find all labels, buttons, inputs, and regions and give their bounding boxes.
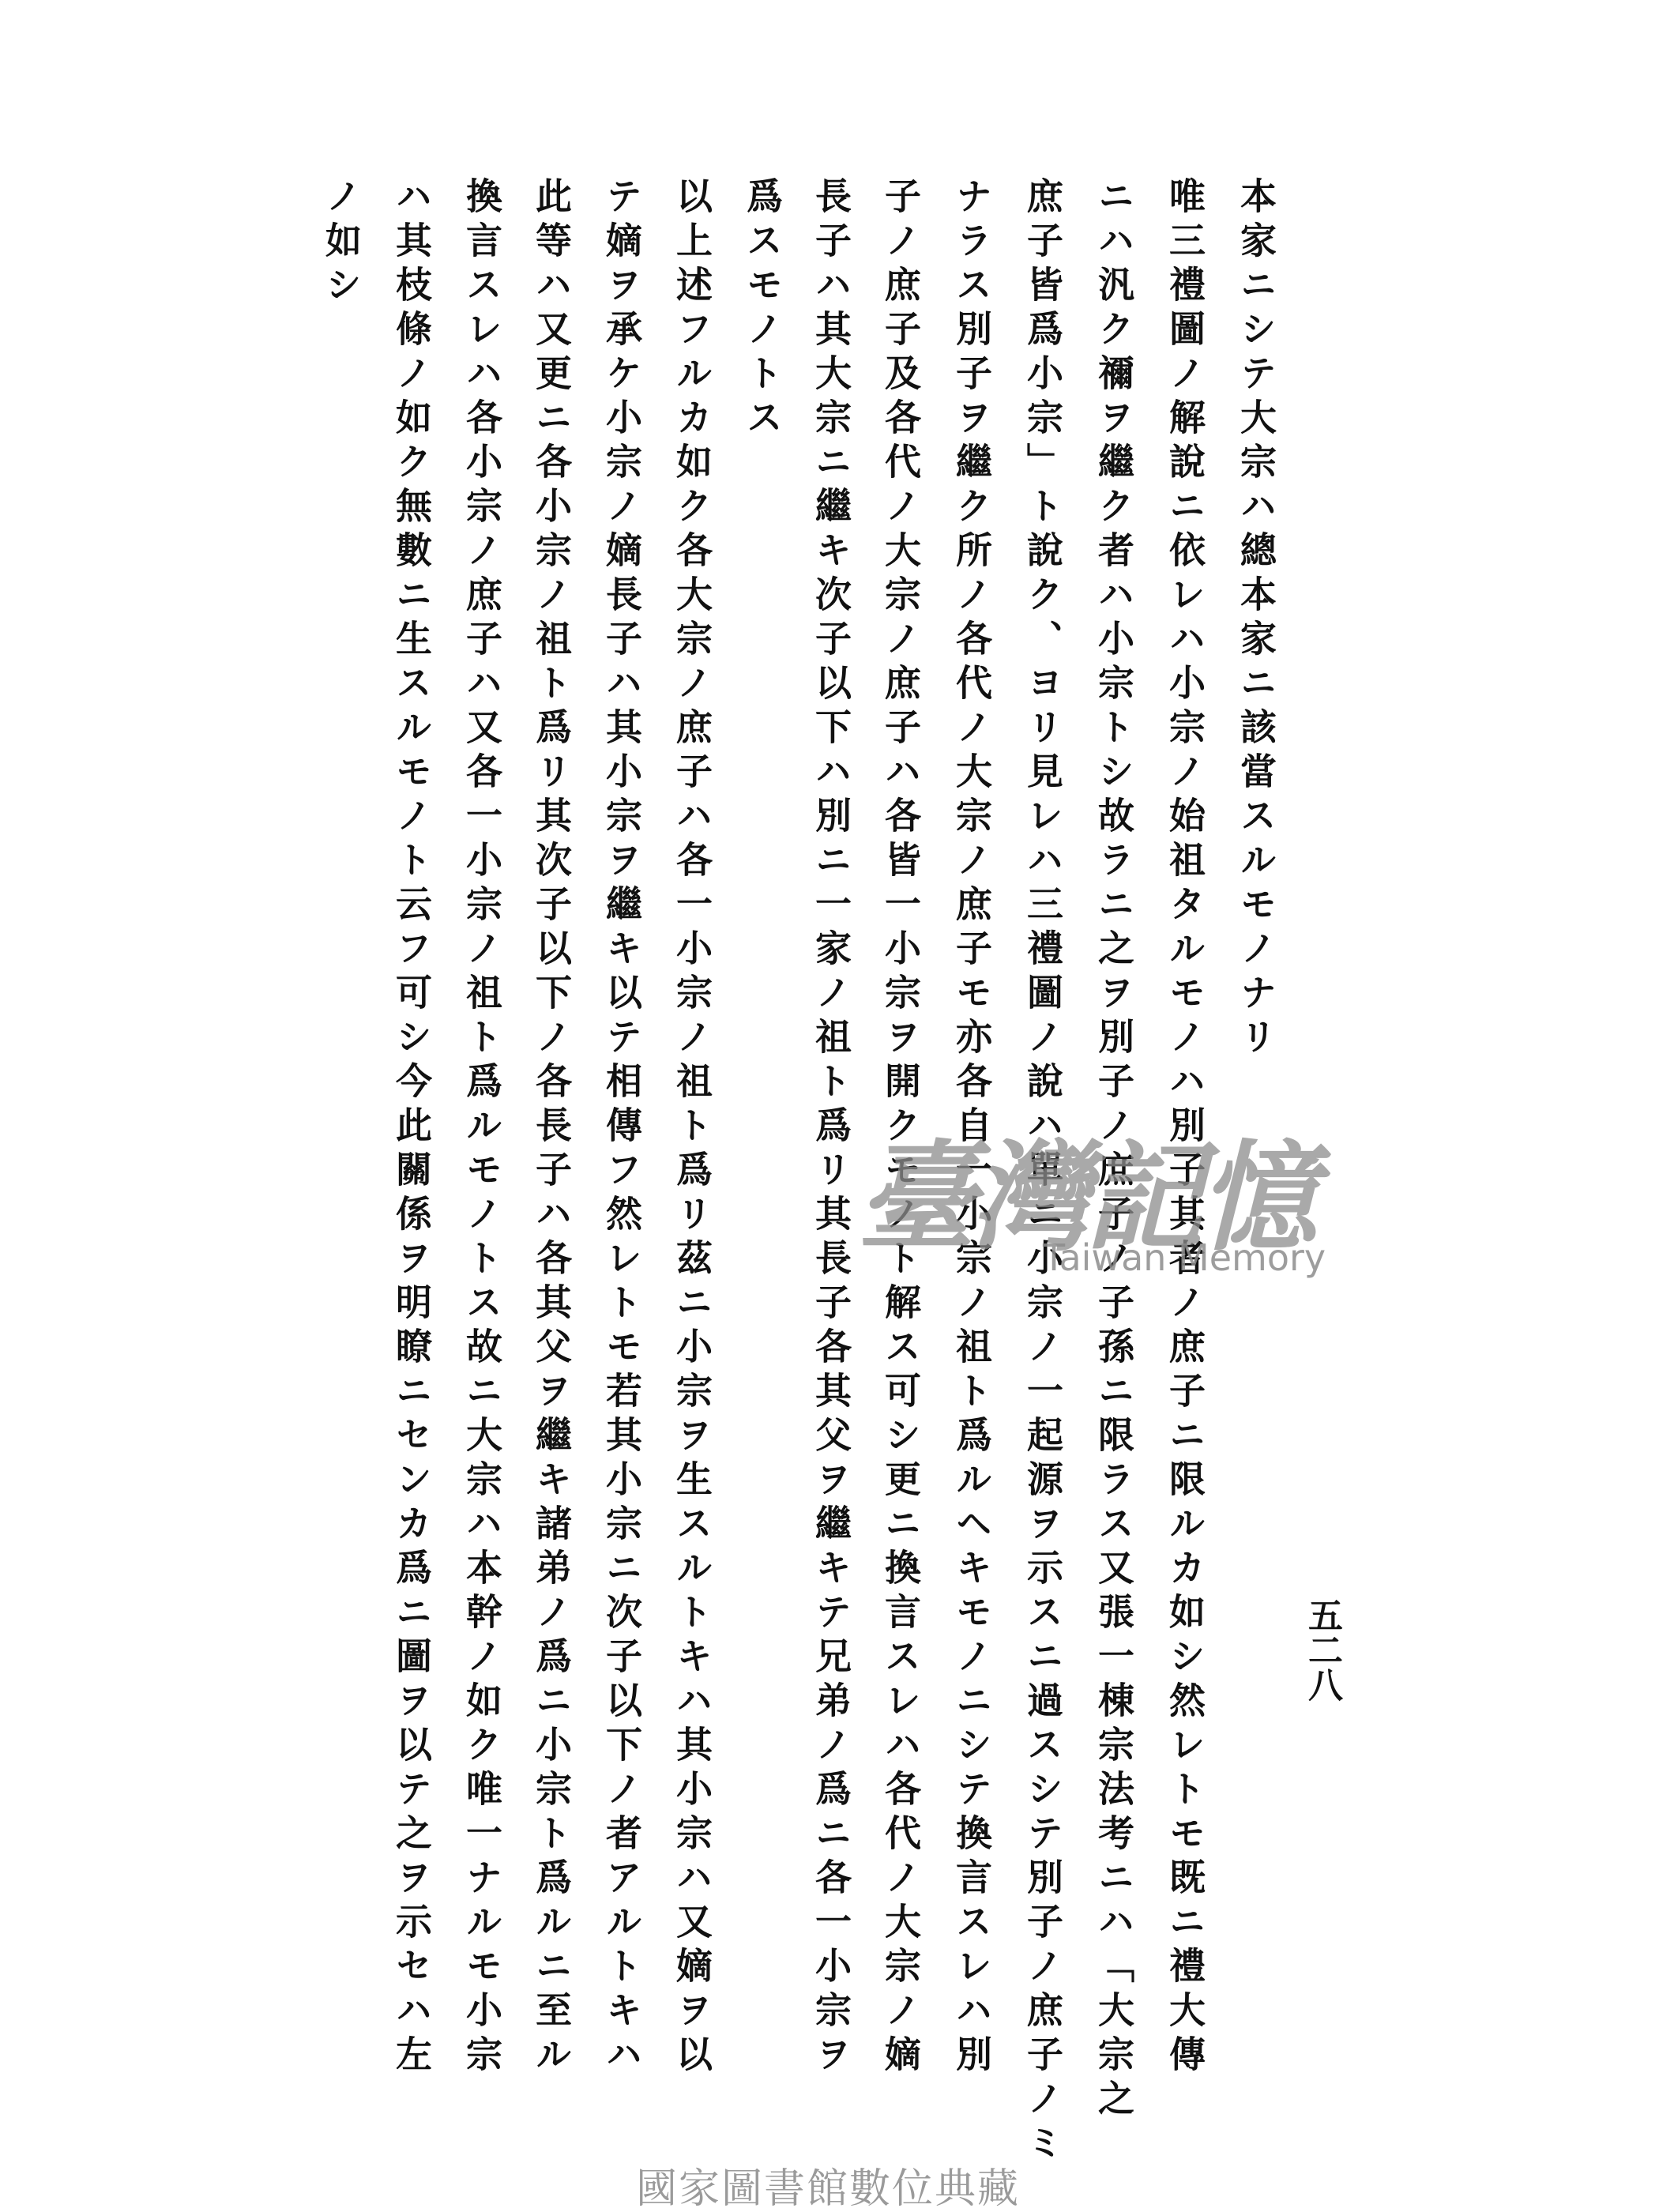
library-footer: 國家圖書館數位典藏 (636, 2155, 1023, 2212)
text-column-4: 庶子皆爲小宗」ト說ク、ヨリ見レハ三禮圖ノ說ハ單ニ小宗ノ一起源ヲ示スニ過スシテ別子… (1019, 177, 1066, 2168)
text-column-3: ニハ汎ク禰ヲ繼ク者ハ小宗トシ故ラニ之ヲ別子ノ庶子ノ子孫ニ限ラス又張一棟宗法考ニハ… (1090, 177, 1138, 2124)
text-column-12: 換言スレハ各小宗ノ庶子ハ又各一小宗ノ祖ト爲ルモノトス故ニ大宗ハ本幹ノ如ク唯一ナル… (458, 177, 506, 2079)
text-column-11: 此等ハ又更ニ各小宗ノ祖ト爲リ其次子以下ノ各長子ハ各其父ヲ繼キ諸弟ノ爲ニ小宗ト爲ル… (528, 177, 575, 2079)
text-column-5: ナラス別子ヲ繼ク所ノ各代ノ大宗ノ庶子モ亦各自一小宗ノ祖ト爲ルヘキモノニシテ換言ス… (948, 177, 995, 2079)
text-column-8: 爲スモノトス (739, 177, 786, 442)
text-column-2: 唯三禮圖ノ解說ニ依レハ小宗ノ始祖タルモノハ別子其者ノ庶子ニ限ルカ如シ然レトモ既ニ… (1161, 177, 1209, 2079)
page-number: 五二八 (1298, 1597, 1345, 1702)
text-column-14: ノ如シ (318, 177, 365, 310)
text-column-9: 以上述フルカ如ク各大宗ノ庶子ハ各一小宗ノ祖ト爲リ茲ニ小宗ヲ生スルトキハ其小宗ハ又… (668, 177, 716, 2079)
watermark-logo-text: 臺灣記憶 (857, 1102, 1312, 1273)
text-column-10: テ嫡ヲ承ケ小宗ノ嫡長子ハ其小宗ヲ繼キ以テ相傳フ然レトモ若其小宗ニ次子以下ノ者アル… (598, 177, 645, 2079)
text-column-7: 長子ハ其大宗ニ繼キ次子以下ハ別ニ一家ノ祖ト爲リ其長子各其父ヲ繼キテ兄弟ノ爲ニ各一… (807, 177, 855, 2079)
text-column-13: ハ其枝條ノ如ク無數ニ生スルモノト云フ可シ今此關係ヲ明瞭ニセンカ爲ニ圖ヲ以テ之ヲ示… (388, 177, 435, 2079)
text-column-1: 本家ニシテ大宗ハ總本家ニ該當スルモノナリ (1232, 177, 1280, 1062)
scanned-page: 五二八 本家ニシテ大宗ハ總本家ニ該當スルモノナリ 唯三禮圖ノ解說ニ依レハ小宗ノ始… (0, 0, 1659, 2212)
text-column-6: 子ノ庶子及各代ノ大宗ノ庶子ハ各皆一小宗ヲ開クモノト解ス可シ更ニ換言スレハ各代ノ大… (877, 177, 924, 2079)
